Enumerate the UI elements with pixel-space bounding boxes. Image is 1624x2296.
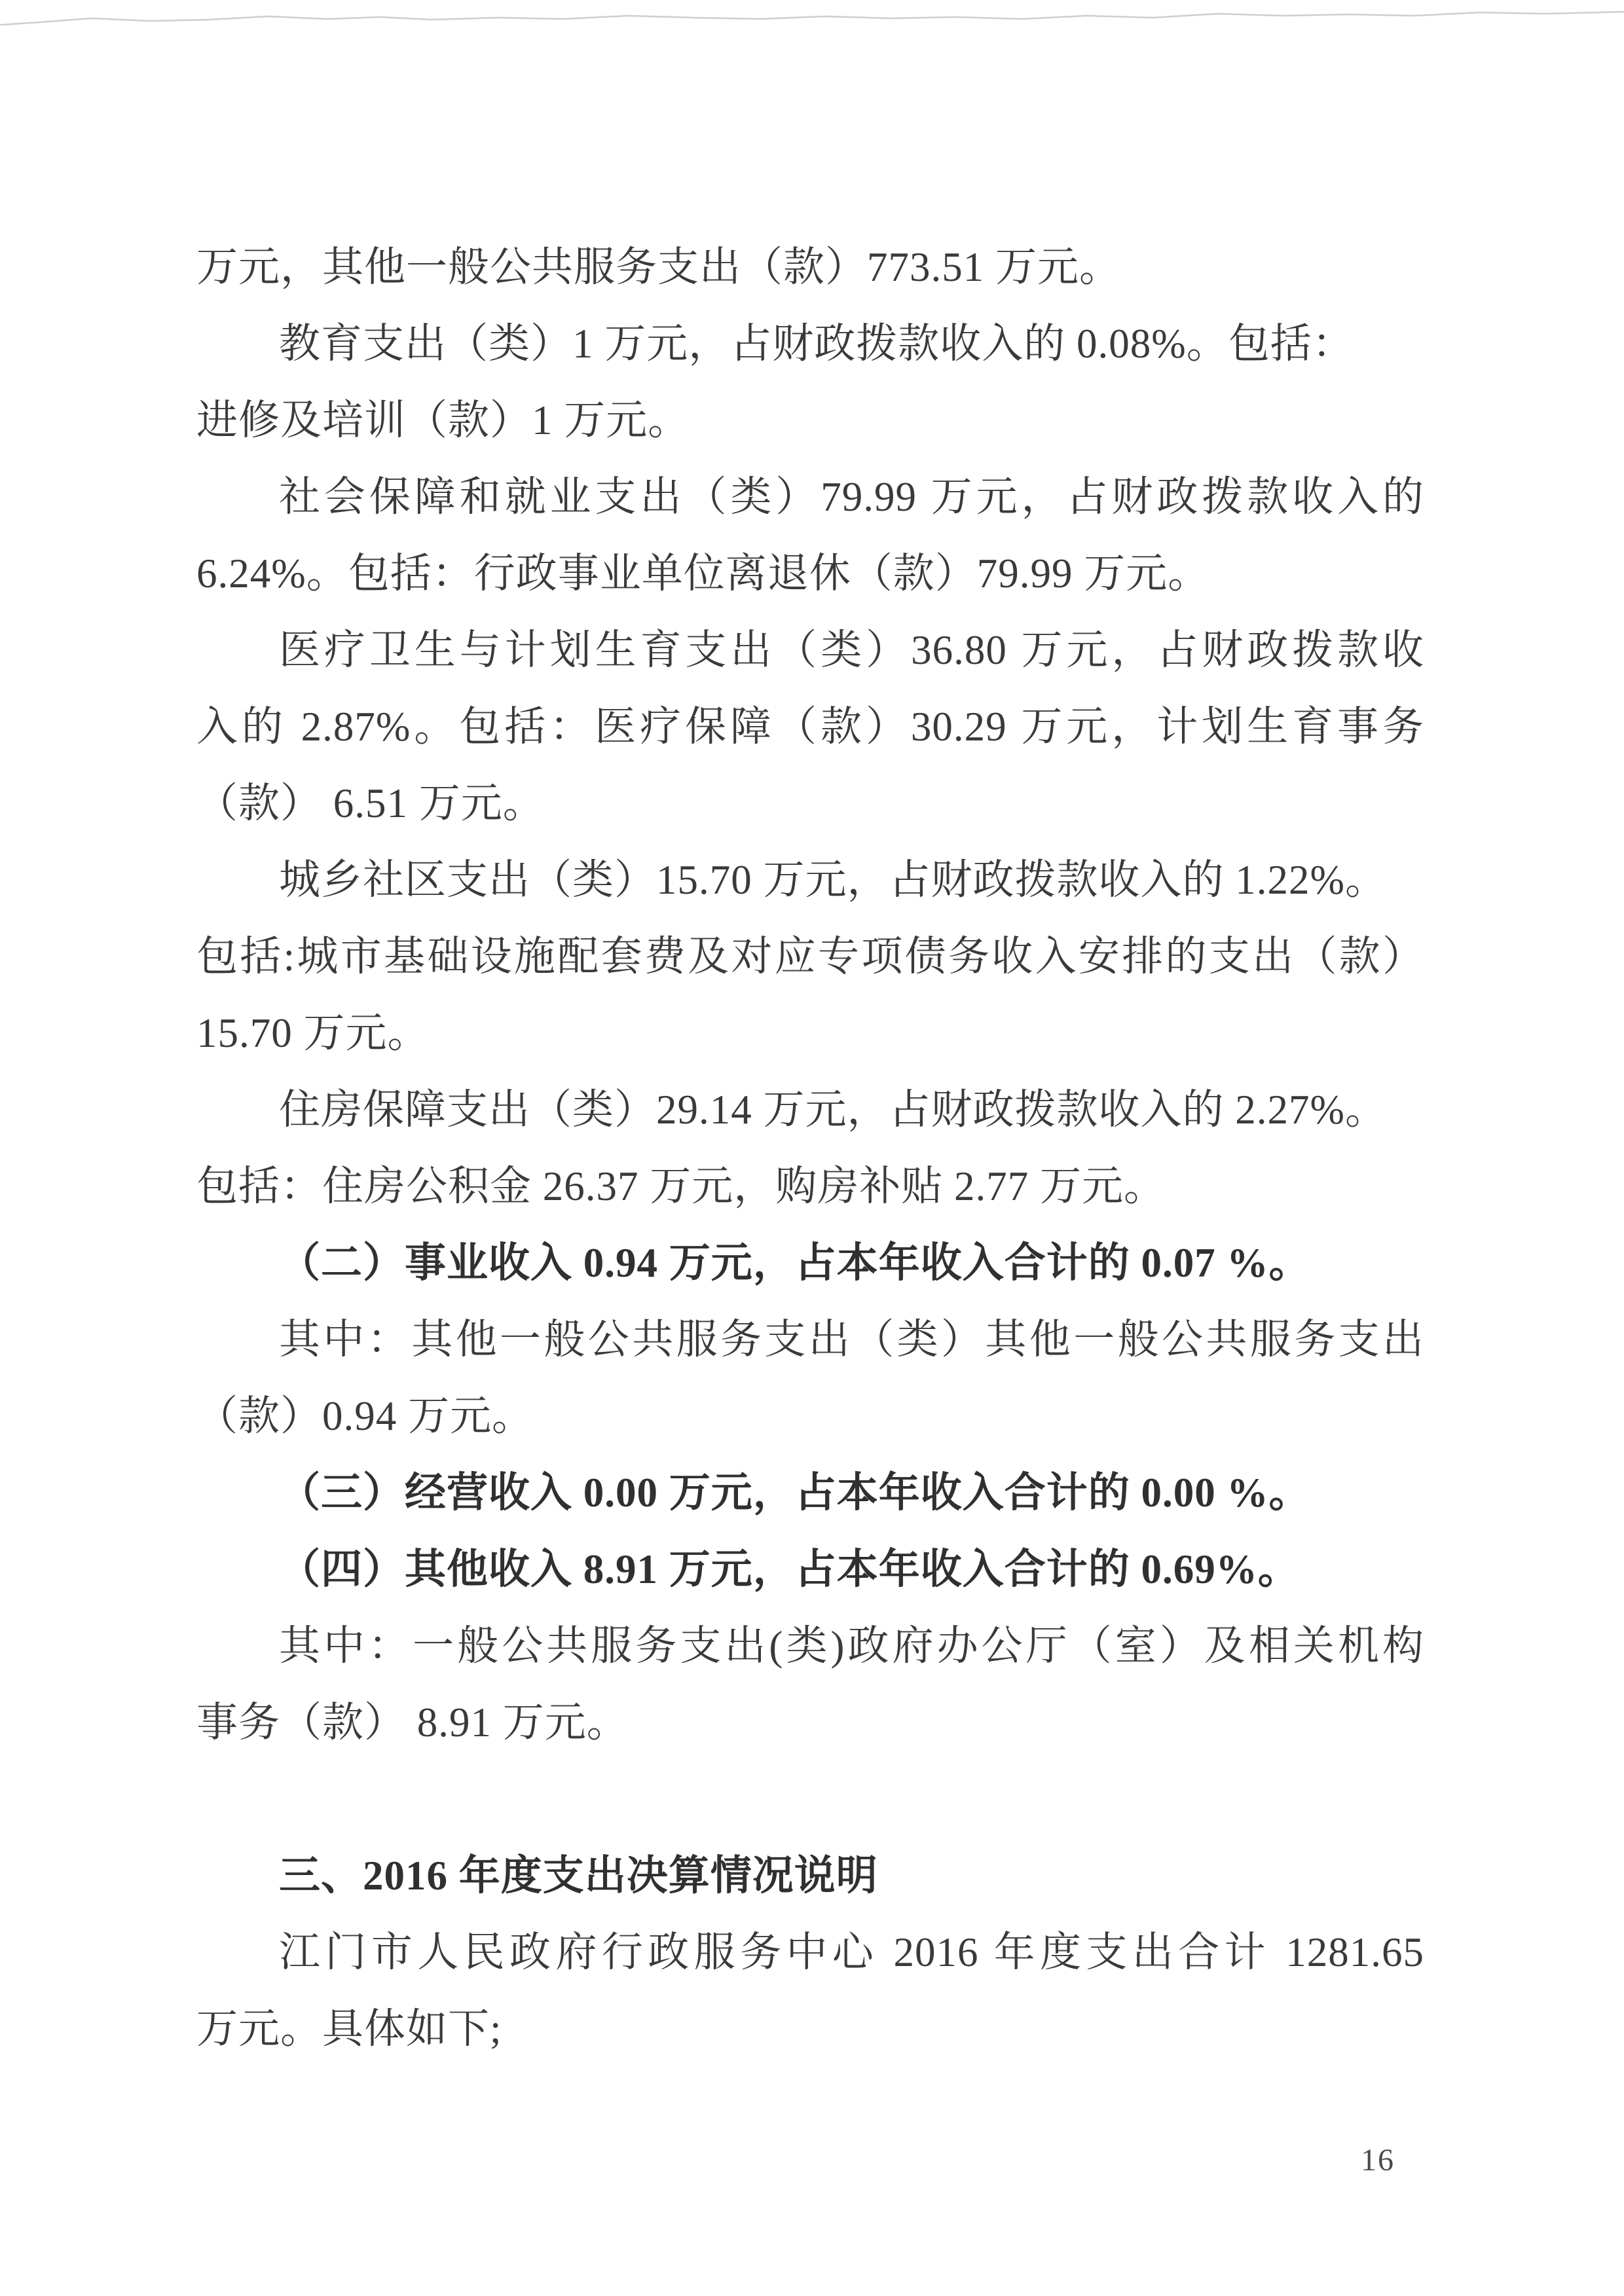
document-page: 万元，其他一般公共服务支出（款）773.51 万元。 教育支出（类）1 万元，占… — [0, 0, 1624, 2296]
text-line: 入的 2.87%。包括：医疗保障（款）30.29 万元，计划生育事务 — [196, 689, 1424, 765]
text-line: 城乡社区支出（类）15.70 万元，占财政拨款收入的 1.22%。 — [196, 842, 1424, 919]
text-line: 包括:城市基础设施配套费及对应专项债务收入安排的支出（款） — [196, 919, 1424, 995]
section-heading: 三、2016 年度支出决算情况说明 — [196, 1838, 1424, 1914]
text-line: 住房保障支出（类）29.14 万元，占财政拨款收入的 2.27%。 — [196, 1072, 1424, 1148]
text-line-emphasis: （二）事业收入 0.94 万元，占本年收入合计的 0.07 %。 — [196, 1225, 1424, 1302]
text-line: 进修及培训（款）1 万元。 — [196, 382, 1424, 459]
text-line: 万元，其他一般公共服务支出（款）773.51 万元。 — [196, 229, 1424, 306]
text-line-emphasis: （三）经营收入 0.00 万元，占本年收入合计的 0.00 %。 — [196, 1455, 1424, 1531]
text-line: 江门市人民政府行政服务中心 2016 年度支出合计 1281.65 — [196, 1914, 1424, 1991]
text-line: （款）0.94 万元。 — [196, 1378, 1424, 1455]
text-line: 6.24%。包括：行政事业单位离退休（款）79.99 万元。 — [196, 536, 1424, 612]
text-line: 医疗卫生与计划生育支出（类）36.80 万元，占财政拨款收 — [196, 612, 1424, 689]
text-line: 社会保障和就业支出（类）79.99 万元，占财政拨款收入的 — [196, 459, 1424, 536]
text-line: 包括：住房公积金 26.37 万元，购房补贴 2.77 万元。 — [196, 1148, 1424, 1225]
page-number: 16 — [1361, 2142, 1395, 2178]
text-line: （款） 6.51 万元。 — [196, 765, 1424, 842]
text-line: 其中：其他一般公共服务支出（类）其他一般公共服务支出 — [196, 1302, 1424, 1378]
text-line: 万元。具体如下; — [196, 1991, 1424, 2068]
scan-edge-artifact — [0, 0, 1624, 39]
document-body: 万元，其他一般公共服务支出（款）773.51 万元。 教育支出（类）1 万元，占… — [196, 229, 1424, 2068]
text-line: 15.70 万元。 — [196, 995, 1424, 1072]
text-line-emphasis: （四）其他收入 8.91 万元，占本年收入合计的 0.69%。 — [196, 1531, 1424, 1608]
text-line: 事务（款） 8.91 万元。 — [196, 1685, 1424, 1761]
blank-line — [196, 1761, 1424, 1838]
text-line: 其中：一般公共服务支出(类)政府办公厅（室）及相关机构 — [196, 1608, 1424, 1685]
text-line: 教育支出（类）1 万元，占财政拨款收入的 0.08%。包括： — [196, 306, 1424, 382]
